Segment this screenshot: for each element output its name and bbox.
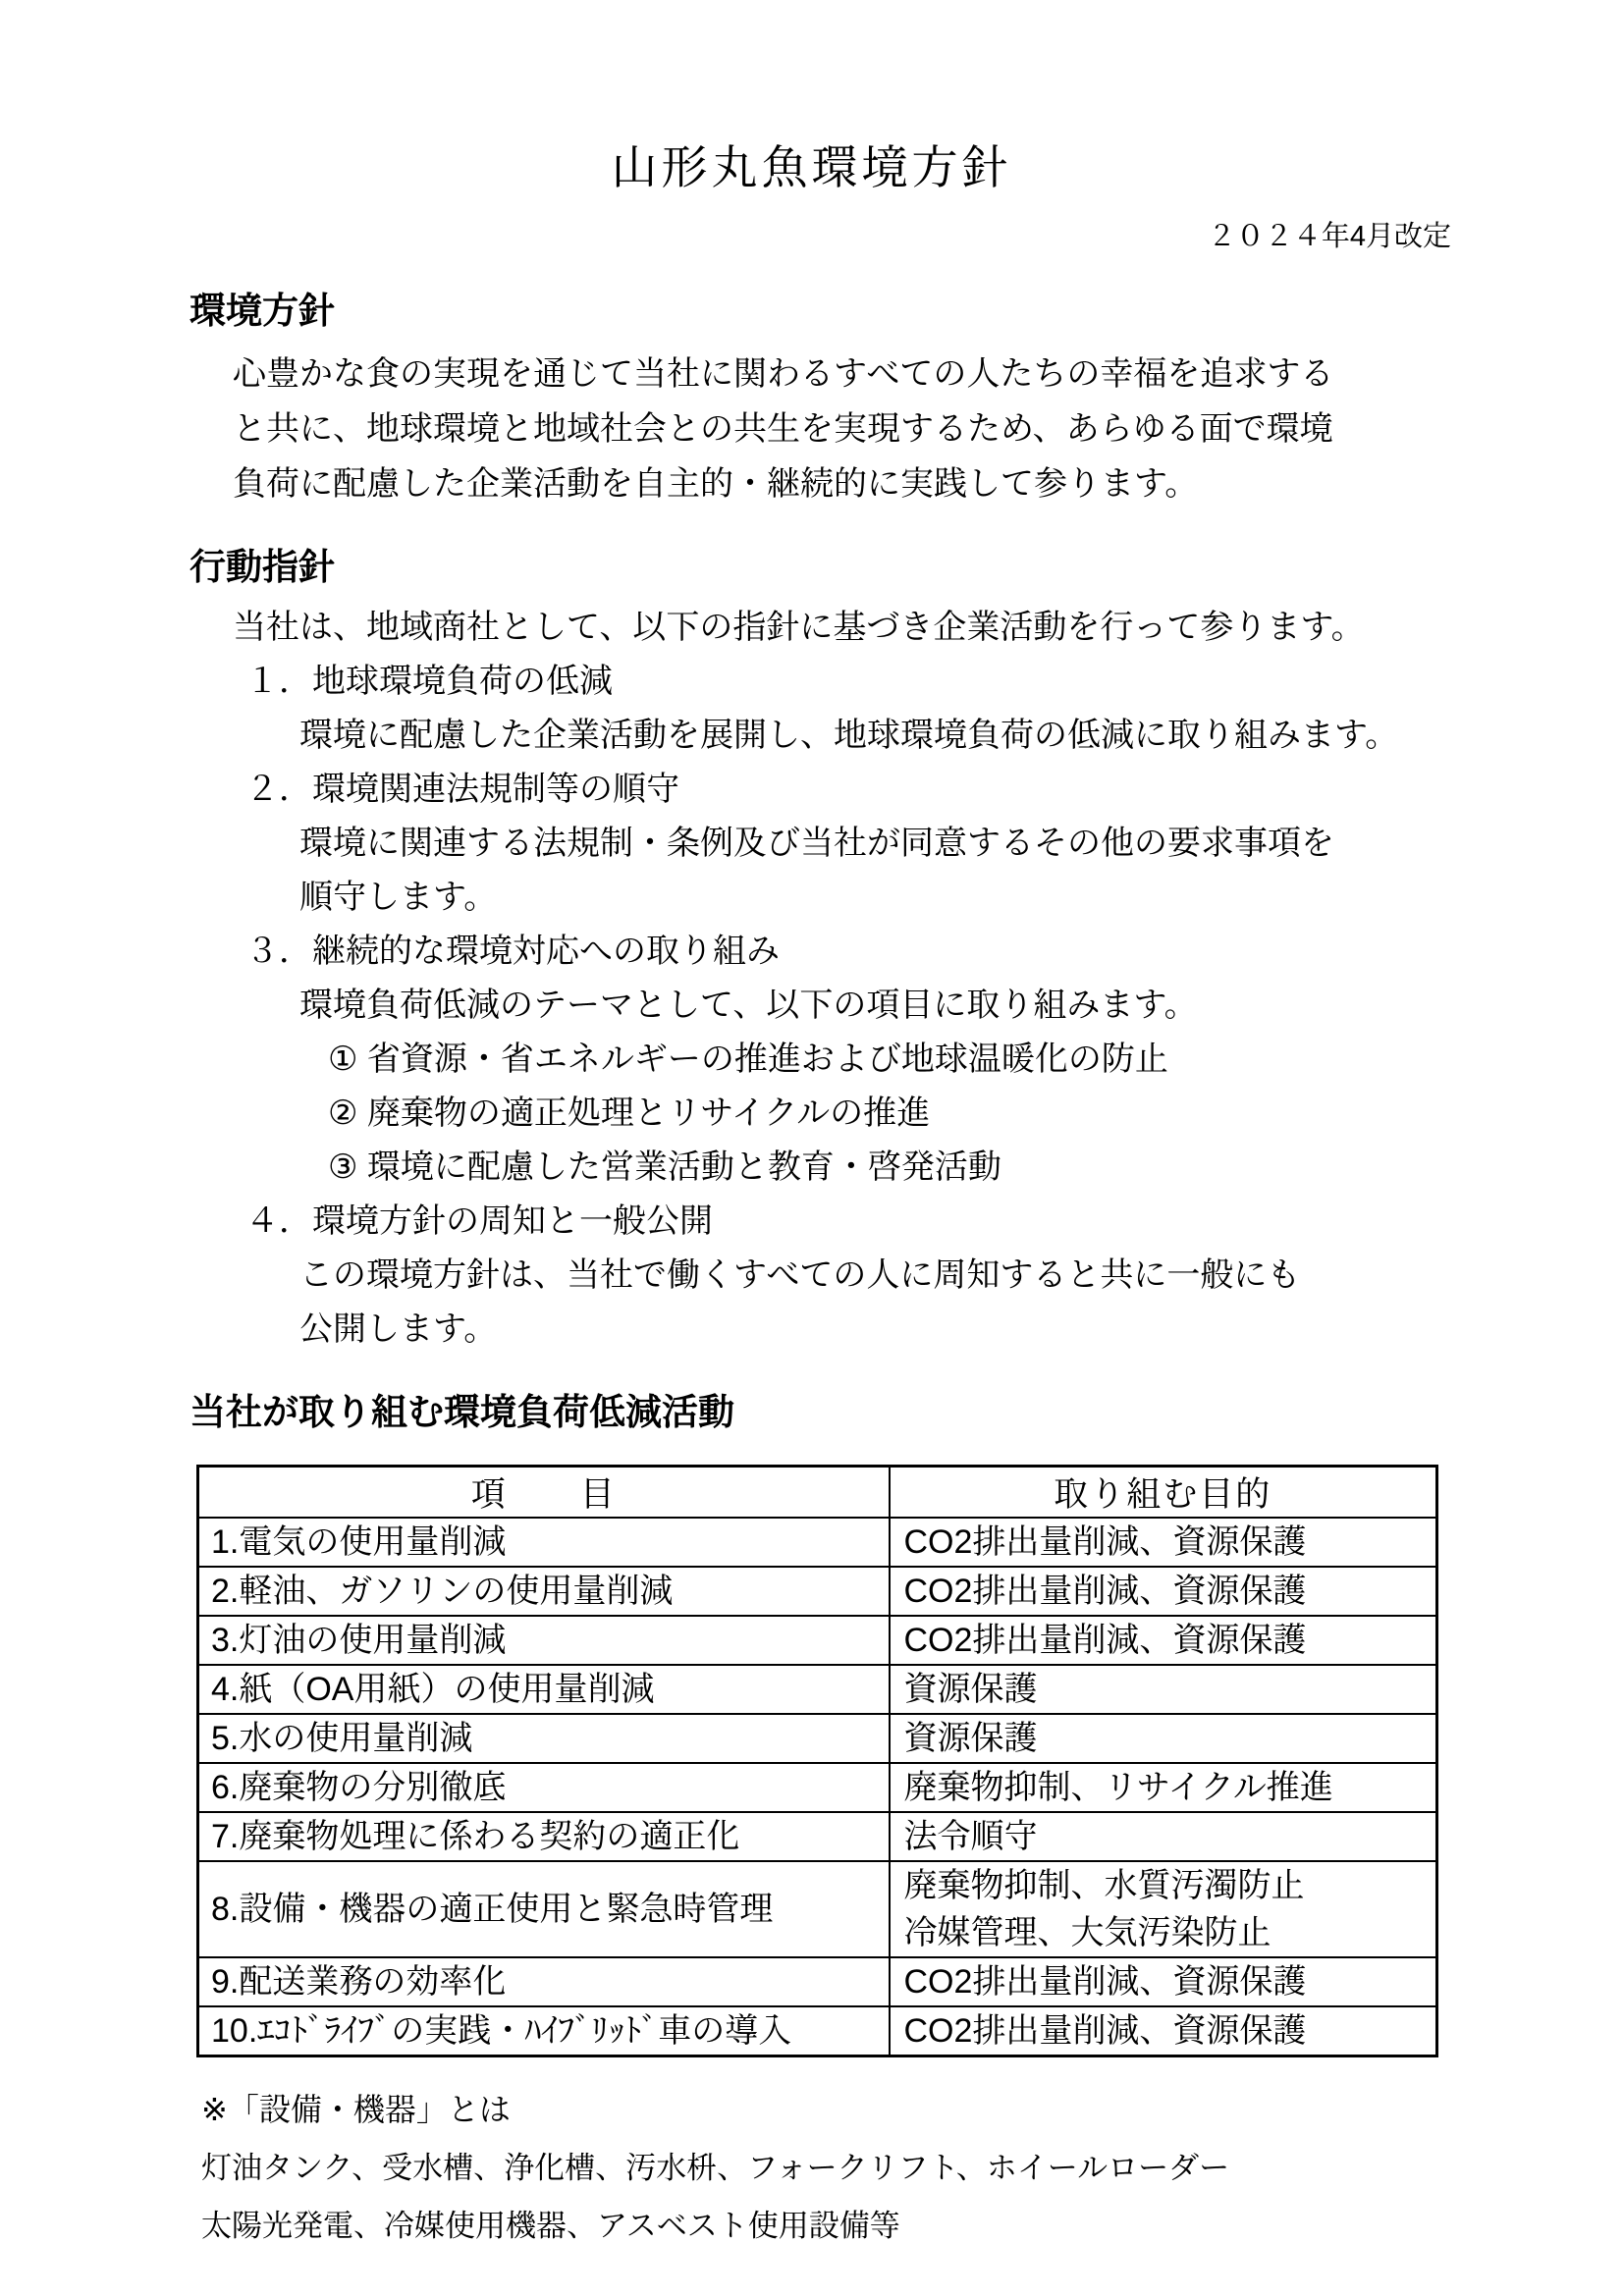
- table-row: 4.紙（OA用紙）の使用量削減 資源保護: [198, 1665, 1437, 1714]
- table-header-row: 項 目 取り組む目的: [198, 1467, 1437, 1519]
- table-cell-item: 4.紙（OA用紙）の使用量削減: [198, 1665, 890, 1714]
- guideline-item-title: ３．継続的な環境対応への取り組み: [245, 925, 1623, 979]
- table-cell-item: 9.配送業務の効率化: [198, 1957, 890, 2006]
- table-cell-purpose: CO2排出量削減、資源保護: [890, 1518, 1437, 1567]
- section-heading-environmental-policy: 環境方針: [189, 289, 1623, 334]
- guideline-item-2: ２．環境関連法規制等の順守 環境に関連する法規制・条例及び当社が同意するその他の…: [0, 763, 1623, 925]
- guideline-item-body: 環境に配慮した企業活動を展開し、地球環境負荷の低減に取り組みます。: [299, 709, 1623, 763]
- table-cell-purpose: 資源保護: [890, 1665, 1437, 1714]
- policy-paragraph: 心豊かな食の実現を通じて当社に関わるすべての人たちの幸福を追求する と共に、地球…: [233, 347, 1623, 511]
- revision-date: ２０２４年4月改定: [0, 219, 1451, 256]
- guideline-item-body: 環境に関連する法規制・条例及び当社が同意するその他の要求事項を: [299, 817, 1623, 871]
- table-cell-purpose: 資源保護: [890, 1714, 1437, 1763]
- guideline-item-title-text: 環境方針の周知と一般公開: [312, 1202, 713, 1240]
- guideline-item-body: 公開します。: [299, 1303, 1623, 1357]
- table-header-item: 項 目: [198, 1467, 890, 1519]
- guideline-item-number: ２．: [245, 763, 312, 817]
- guideline-item-title: ４．環境方針の周知と一般公開: [245, 1195, 1623, 1249]
- table-cell-purpose: 廃棄物抑制、リサイクル推進: [890, 1763, 1437, 1812]
- table-row: 8.設備・機器の適正使用と緊急時管理 廃棄物抑制、水質汚濁防止 冷媒管理、大気汚…: [198, 1861, 1437, 1957]
- footnote-heading: ※「設備・機器」とは: [201, 2081, 1623, 2139]
- guideline-item-1: １．地球環境負荷の低減 環境に配慮した企業活動を展開し、地球環境負荷の低減に取り…: [0, 655, 1623, 763]
- table-cell-purpose: 廃棄物抑制、水質汚濁防止 冷媒管理、大気汚染防止: [890, 1861, 1437, 1957]
- guideline-item-4: ４．環境方針の周知と一般公開 この環境方針は、当社で働くすべての人に周知すると共…: [0, 1195, 1623, 1357]
- guideline-item-number: １．: [245, 655, 312, 709]
- policy-line: と共に、地球環境と地域社会との共生を実現するため、あらゆる面で環境: [233, 401, 1623, 456]
- footnote-line: 太陽光発電、冷媒使用機器、アスベスト使用設備等: [201, 2197, 1623, 2255]
- footnote-line: 灯油タンク、受水槽、浄化槽、汚水枡、フォークリフト、ホイールローダー: [201, 2139, 1623, 2197]
- table-row: 9.配送業務の効率化 CO2排出量削減、資源保護: [198, 1957, 1437, 2006]
- table-cell-item: 1.電気の使用量削減: [198, 1518, 890, 1567]
- guideline-item-body: 順守します。: [299, 871, 1623, 925]
- table-row: 3.灯油の使用量削減 CO2排出量削減、資源保護: [198, 1616, 1437, 1665]
- policy-line: 心豊かな食の実現を通じて当社に関わるすべての人たちの幸福を追求する: [233, 347, 1623, 401]
- table-cell-item: 3.灯油の使用量削減: [198, 1616, 890, 1665]
- table-cell-item: 10.ｴｺﾄﾞﾗｲﾌﾞの実践・ﾊｲﾌﾞﾘｯﾄﾞ車の導入: [198, 2006, 890, 2056]
- guidelines-intro: 当社は、地域商社として、以下の指針に基づき企業活動を行って参ります。: [233, 600, 1623, 655]
- table-cell-item: 8.設備・機器の適正使用と緊急時管理: [198, 1861, 890, 1957]
- table-header-purpose: 取り組む目的: [890, 1467, 1437, 1519]
- policy-line: 負荷に配慮した企業活動を自主的・継続的に実践して参ります。: [233, 456, 1623, 511]
- guideline-subitem-2: ② 廃棄物の適正処理とリサイクルの推進: [328, 1087, 1623, 1141]
- section-heading-action-guidelines: 行動指針: [189, 545, 1623, 590]
- document-page: 山形丸魚環境方針 ２０２４年4月改定 環境方針 心豊かな食の実現を通じて当社に関…: [0, 0, 1623, 2296]
- table-row: 6.廃棄物の分別徹底 廃棄物抑制、リサイクル推進: [198, 1763, 1437, 1812]
- guideline-item-body: この環境方針は、当社で働くすべての人に周知すると共に一般にも: [299, 1249, 1623, 1303]
- guideline-list: １．地球環境負荷の低減 環境に配慮した企業活動を展開し、地球環境負荷の低減に取り…: [0, 655, 1623, 1357]
- guideline-item-title: １．地球環境負荷の低減: [245, 655, 1623, 709]
- guideline-subitem-3: ③ 環境に配慮した営業活動と教育・啓発活動: [328, 1141, 1623, 1195]
- table-cell-purpose: 法令順守: [890, 1812, 1437, 1861]
- table-row: 1.電気の使用量削減 CO2排出量削減、資源保護: [198, 1518, 1437, 1567]
- guideline-item-3: ３．継続的な環境対応への取り組み 環境負荷低減のテーマとして、以下の項目に取り組…: [0, 925, 1623, 1195]
- table-row: 5.水の使用量削減 資源保護: [198, 1714, 1437, 1763]
- activities-table: 項 目 取り組む目的 1.電気の使用量削減 CO2排出量削減、資源保護 2.軽油…: [196, 1465, 1438, 2057]
- guideline-subitem-1: ① 省資源・省エネルギーの推進および地球温暖化の防止: [328, 1033, 1623, 1087]
- document-title: 山形丸魚環境方針: [0, 0, 1623, 197]
- guideline-item-number: ４．: [245, 1195, 312, 1249]
- guideline-item-title-text: 環境関連法規制等の順守: [312, 771, 679, 808]
- table-row: 10.ｴｺﾄﾞﾗｲﾌﾞの実践・ﾊｲﾌﾞﾘｯﾄﾞ車の導入 CO2排出量削減、資源保…: [198, 2006, 1437, 2056]
- table-cell-purpose: CO2排出量削減、資源保護: [890, 1567, 1437, 1616]
- guideline-item-title: ２．環境関連法規制等の順守: [245, 763, 1623, 817]
- guideline-item-title-text: 継続的な環境対応への取り組み: [312, 933, 780, 970]
- guideline-item-title-text: 地球環境負荷の低減: [312, 663, 613, 700]
- table-row: 2.軽油、ガソリンの使用量削減 CO2排出量削減、資源保護: [198, 1567, 1437, 1616]
- guideline-item-number: ３．: [245, 925, 312, 979]
- table-cell-item: 5.水の使用量削減: [198, 1714, 890, 1763]
- guideline-item-body: 環境負荷低減のテーマとして、以下の項目に取り組みます。: [299, 979, 1623, 1033]
- guidelines-intro-line: 当社は、地域商社として、以下の指針に基づき企業活動を行って参ります。: [233, 600, 1623, 655]
- table-cell-item: 6.廃棄物の分別徹底: [198, 1763, 890, 1812]
- table-cell-item: 2.軽油、ガソリンの使用量削減: [198, 1567, 890, 1616]
- table-cell-purpose: CO2排出量削減、資源保護: [890, 1616, 1437, 1665]
- table-cell-purpose: CO2排出量削減、資源保護: [890, 1957, 1437, 2006]
- table-cell-item: 7.廃棄物処理に係わる契約の適正化: [198, 1812, 890, 1861]
- table-row: 7.廃棄物処理に係わる契約の適正化 法令順守: [198, 1812, 1437, 1861]
- section-heading-activities: 当社が取り組む環境負荷低減活動: [189, 1390, 1623, 1435]
- footnotes: ※「設備・機器」とは 灯油タンク、受水槽、浄化槽、汚水枡、フォークリフト、ホイー…: [201, 2081, 1623, 2255]
- table-cell-purpose: CO2排出量削減、資源保護: [890, 2006, 1437, 2056]
